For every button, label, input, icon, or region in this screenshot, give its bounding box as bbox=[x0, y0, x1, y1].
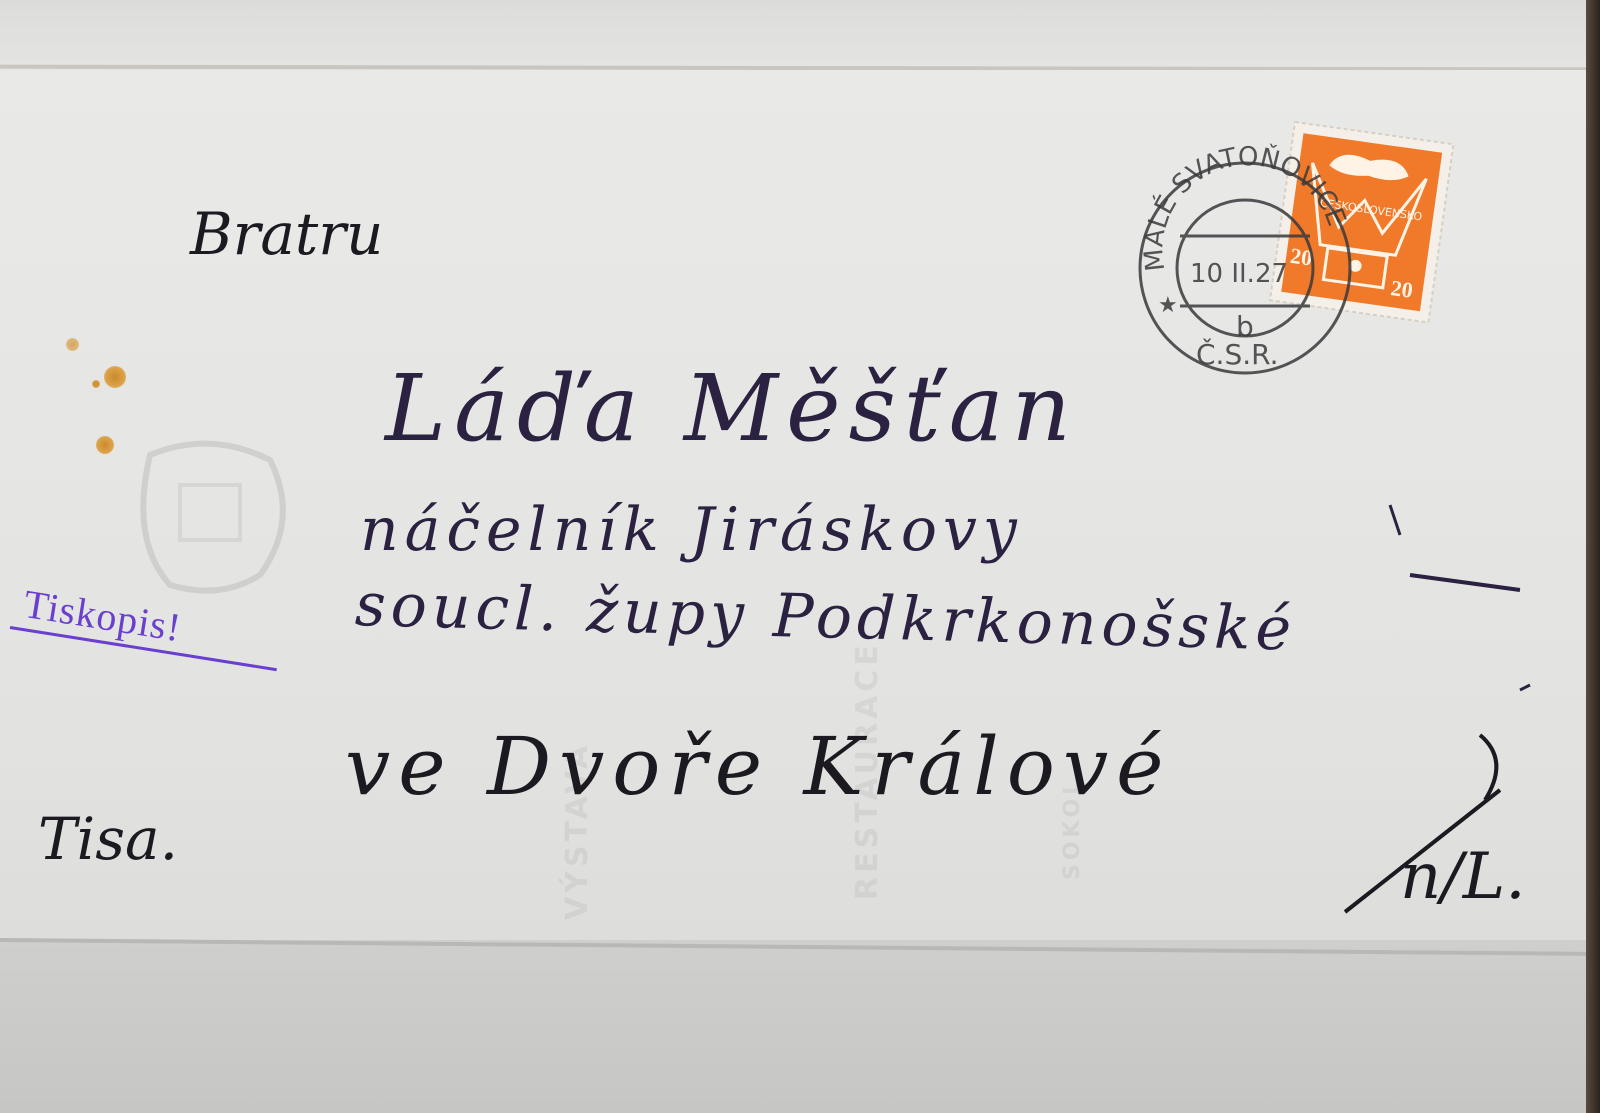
svg-text:MALÉ SVATOŇOVICE: MALÉ SVATOŇOVICE bbox=[1139, 141, 1351, 273]
postmark-star-icon: ★ bbox=[1158, 293, 1178, 318]
postmark-town: MALÉ SVATOŇOVICE bbox=[1139, 141, 1351, 273]
postmark-country: Č.S.R. bbox=[1196, 337, 1278, 371]
postmark-icon: MALÉ SVATOŇOVICE 10 II.27 b Č.S.R. ★ bbox=[0, 0, 1600, 1113]
postmark-date: 10 II.27 bbox=[1190, 259, 1288, 289]
